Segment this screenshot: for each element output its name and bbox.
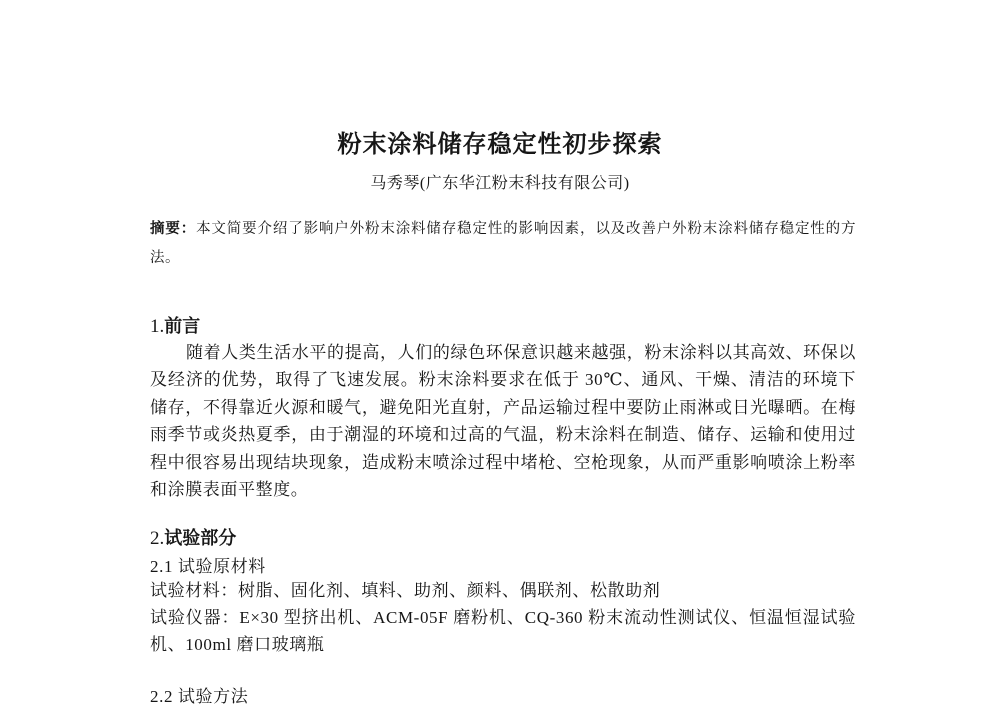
abstract-text: 本文简要介绍了影响户外粉末涂料储存稳定性的影响因素，以及改善户外粉末涂料储存稳定… — [150, 221, 856, 266]
subsection-2-1-heading: 2.1 试验原材料 — [150, 553, 856, 580]
author-line: 马秀琴(广东华江粉末科技有限公司) — [0, 174, 1000, 195]
section-1-title: 前言 — [164, 316, 200, 336]
section-2-heading: 2.试验部分 — [150, 525, 236, 552]
document-page: 粉末涂料储存稳定性初步探索 马秀琴(广东华江粉末科技有限公司) 摘要：本文简要介… — [0, 0, 1000, 714]
intro-paragraph: 随着人类生活水平的提高，人们的绿色环保意识越来越强，粉末涂料以其高效、环保以及经… — [150, 339, 856, 503]
materials-line: 试验材料：树脂、固化剂、填料、助剂、颜料、偶联剂、松散助剂 — [150, 577, 856, 604]
section-2-title: 试验部分 — [164, 528, 236, 548]
abstract-label: 摘要： — [150, 221, 196, 237]
section-1-heading: 1.前言 — [150, 313, 200, 340]
abstract-paragraph: 摘要：本文简要介绍了影响户外粉末涂料储存稳定性的影响因素，以及改善户外粉末涂料储… — [150, 215, 856, 273]
subsection-2-2-heading: 2.2 试验方法 — [150, 683, 856, 710]
page-title: 粉末涂料储存稳定性初步探索 — [0, 131, 1000, 160]
section-1-number: 1. — [150, 316, 164, 337]
section-2-number: 2. — [150, 528, 164, 549]
instruments-line: 试验仪器：E×30 型挤出机、ACM-05F 磨粉机、CQ-360 粉末流动性测… — [150, 604, 856, 658]
